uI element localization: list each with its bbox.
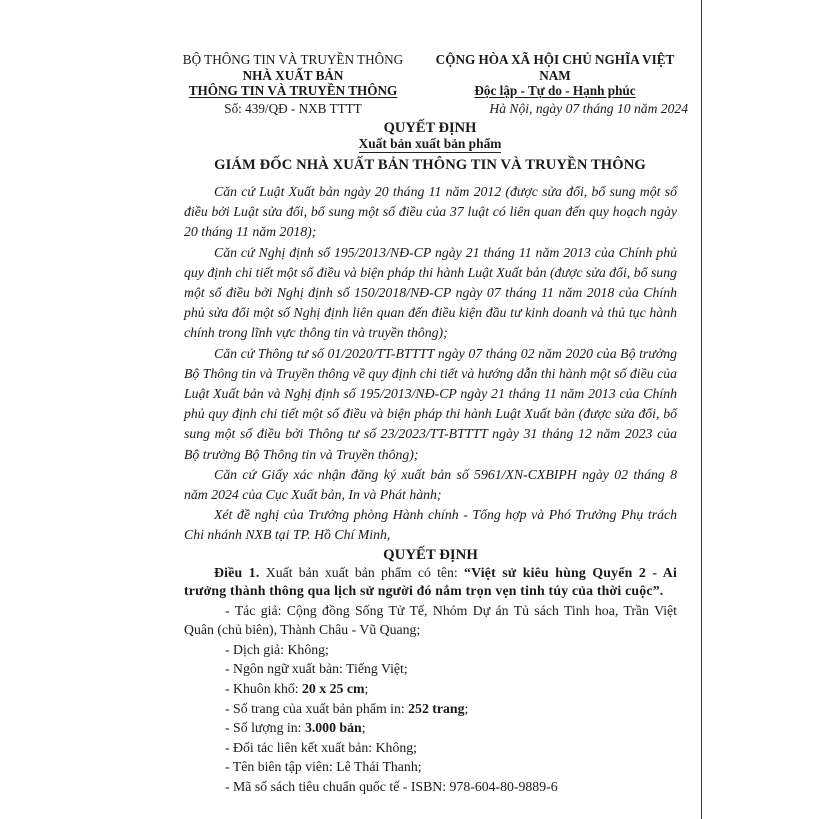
document-subtitle: Xuất bản xuất bản phẩm: [180, 136, 680, 151]
document-title: QUYẾT ĐỊNH: [180, 120, 680, 136]
article-intro: Xuất bản xuất bản phẩm có tên:: [260, 565, 464, 580]
detail-page-count: - Số trang của xuất bản phẩm in: 252 tra…: [184, 699, 677, 719]
recital: Căn cứ Nghị định số 195/2013/NĐ-CP ngày …: [184, 243, 677, 344]
issuing-authority: GIÁM ĐỐC NHÀ XUẤT BẢN THÔNG TIN VÀ TRUYỀ…: [180, 156, 680, 174]
detail-author: - Tác giả: Cộng đồng Sống Tử Tế, Nhóm Dự…: [184, 601, 677, 640]
detail-translator: - Dịch giả: Không;: [184, 640, 677, 660]
national-motto: Độc lập - Tự do - Hạnh phúc: [420, 83, 690, 99]
recital: Căn cứ Luật Xuất bản ngày 20 tháng 11 nă…: [184, 182, 677, 243]
detail-format: - Khuôn khổ: 20 x 25 cm;: [184, 679, 677, 699]
issuer-header: BỘ THÔNG TIN VÀ TRUYỀN THÔNG NHÀ XUẤT BẢ…: [178, 52, 408, 116]
detail-print-run: - Số lượng in: 3.000 bản;: [184, 718, 677, 738]
ministry-name: BỘ THÔNG TIN VÀ TRUYỀN THÔNG: [178, 52, 408, 68]
detail-isbn: - Mã số sách tiêu chuẩn quốc tế - ISBN: …: [184, 777, 677, 797]
nation-name: CỘNG HÒA XÃ HỘI CHỦ NGHĨA VIỆT NAM: [420, 52, 690, 83]
document-title-block: QUYẾT ĐỊNH Xuất bản xuất bản phẩm GIÁM Đ…: [180, 120, 680, 174]
detail-partner: - Đối tác liên kết xuất bản: Không;: [184, 738, 677, 758]
publisher-name-line2: THÔNG TIN VÀ TRUYỀN THÔNG: [178, 83, 408, 99]
publication-details: - Tác giả: Cộng đồng Sống Tử Tế, Nhóm Dự…: [184, 601, 677, 797]
recital: Xét đề nghị của Trưởng phòng Hành chính …: [184, 505, 677, 545]
detail-editor: - Tên biên tập viên: Lê Thái Thanh;: [184, 757, 677, 777]
document-body: Căn cứ Luật Xuất bản ngày 20 tháng 11 nă…: [184, 182, 677, 797]
document-number: Số: 439/QĐ - NXB TTTT: [178, 101, 408, 117]
recital: Căn cứ Giấy xác nhận đăng ký xuất bản số…: [184, 465, 677, 505]
recital: Căn cứ Thông tư số 01/2020/TT-BTTTT ngày…: [184, 344, 677, 465]
scan-edge-line: [701, 0, 702, 819]
detail-language: - Ngôn ngữ xuất bản: Tiếng Việt;: [184, 659, 677, 679]
place-date: Hà Nội, ngày 07 tháng 10 năm 2024: [440, 101, 688, 117]
article-1: Điều 1. Xuất bản xuất bản phẩm có tên: “…: [184, 564, 677, 601]
publisher-name-line1: NHÀ XUẤT BẢN: [178, 68, 408, 84]
national-header: CỘNG HÒA XÃ HỘI CHỦ NGHĨA VIỆT NAM Độc l…: [420, 52, 690, 99]
decision-heading: QUYẾT ĐỊNH: [184, 546, 677, 564]
article-label: Điều 1.: [214, 565, 260, 580]
